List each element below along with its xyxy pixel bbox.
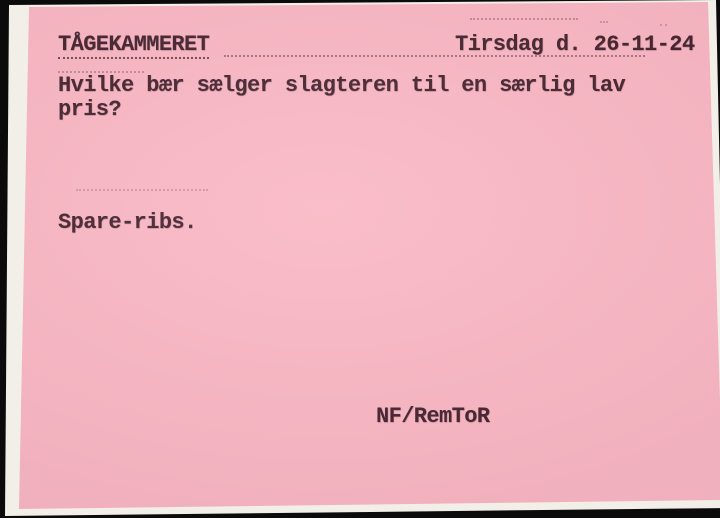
card-date: Tirsdag d. 26-11-24 — [455, 33, 694, 57]
answer-text: Spare-ribs. — [58, 211, 197, 235]
typewriter-smudge — [470, 18, 578, 20]
typewriter-smudge — [600, 21, 608, 23]
card-title: TÅGEKAMMERET — [58, 33, 209, 59]
typewriter-smudge — [58, 71, 144, 73]
typewriter-smudge — [76, 189, 208, 191]
typewriter-smudge — [660, 24, 667, 26]
question-text: Hvilke bær sælger slagteren til en særli… — [58, 74, 658, 122]
photo-backdrop: TÅGEKAMMERET Tirsdag d. 26-11-24 Hvilke … — [0, 0, 720, 518]
index-card: TÅGEKAMMERET Tirsdag d. 26-11-24 Hvilke … — [0, 0, 720, 518]
signature-text: NF/RemToR — [376, 405, 489, 429]
